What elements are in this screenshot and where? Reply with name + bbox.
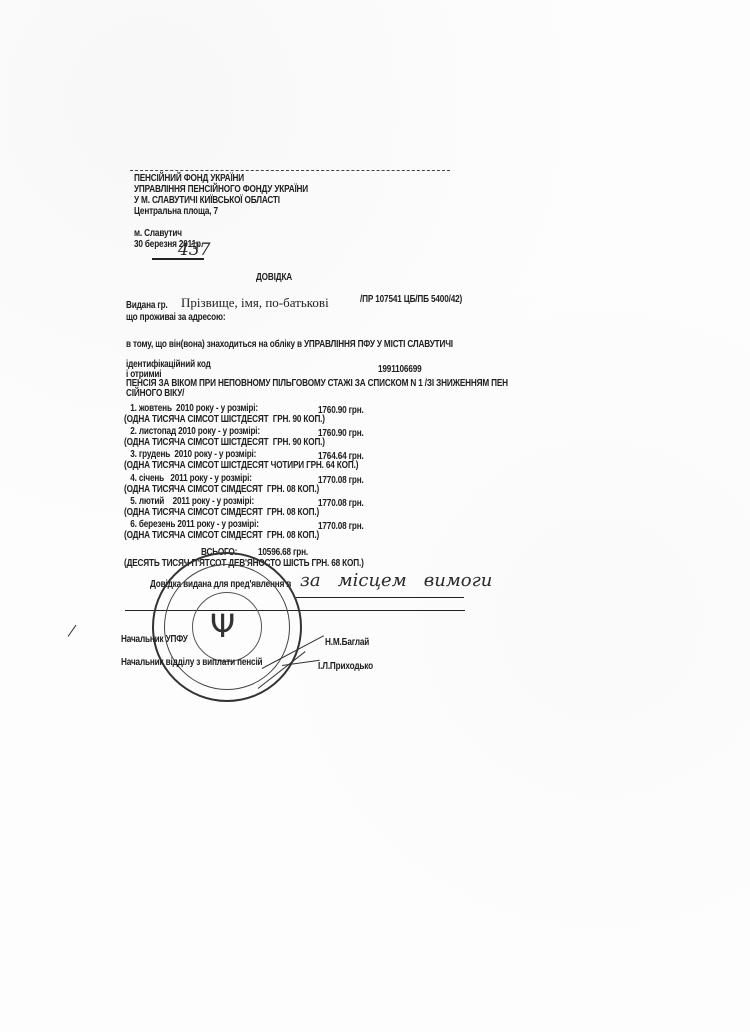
trident-emblem-icon: Ψ <box>210 607 235 645</box>
margin-mark <box>68 625 77 637</box>
dept-head-label: Начальник відділу з виплати пенсій <box>121 657 262 668</box>
address-label: що проживаі за адресою: <box>126 312 225 323</box>
payment-amount-words: (ОДНА ТИСЯЧА СІМСОТ СІМДЕСЯТ ГРН. 08 КОП… <box>124 484 319 495</box>
payment-amount-words: (ОДНА ТИСЯЧА СІМСОТ СІМДЕСЯТ ГРН. 08 КОП… <box>124 530 319 541</box>
document-title: ДОВІДКА <box>256 272 292 283</box>
org-line-2: УПРАВЛІННЯ ПЕНСІЙНОГО ФОНДУ УКРАЇНИ <box>134 184 308 195</box>
scan-texture <box>0 0 750 1032</box>
id-code-value: 1991106699 <box>378 364 422 375</box>
scanned-document: ПЕНСІЙНИЙ ФОНД УКРАЇНИ УПРАВЛІННЯ ПЕНСІЙ… <box>0 0 750 1032</box>
chief-name: Н.М.Баглай <box>325 637 369 648</box>
org-line-3: У М. СЛАВУТИЧІ КИЇВСЬКОЇ ОБЛАСТІ <box>134 195 280 206</box>
payment-amount: 1770.08 грн. <box>318 498 364 509</box>
payment-line: 6. березень 2011 року - у розмірі: <box>126 519 259 530</box>
payment-amount: 1770.08 грн. <box>318 521 364 532</box>
top-separator <box>130 170 450 171</box>
payment-amount-words: (ОДНА ТИСЯЧА СІМСОТ СІМДЕСЯТ ГРН. 08 КОП… <box>124 507 319 518</box>
payment-line: 3. грудень 2010 року - у розмірі: <box>126 449 256 460</box>
dept-head-name: І.Л.Приходько <box>318 661 373 672</box>
purpose-handwritten: за місцем вимоги <box>300 570 492 591</box>
payment-line: 1. жовтень 2010 року - у розмірі: <box>126 403 258 414</box>
reference-number: /ПР 107541 ЦБ/ПБ 5400/42) <box>360 294 462 305</box>
chief-label: Начальник УПФУ <box>121 634 188 645</box>
payment-line: 5. лютий 2011 року - у розмірі: <box>126 496 254 507</box>
reg-number-underline <box>152 258 204 260</box>
city: м. Славутич <box>134 228 182 239</box>
pension-type-line-2: СІЙНОГО ВІКУ/ <box>126 388 184 399</box>
issued-to-label: Видана гр. <box>126 300 168 311</box>
registration-statement: в тому, що він(вона) знаходиться на облі… <box>126 339 453 350</box>
payment-amount-words: (ОДНА ТИСЯЧА СІМСОТ ШІСТДЕСЯТ ГРН. 90 КО… <box>124 414 325 425</box>
recipient-name: Прізвище, імя, по-батькові <box>181 295 329 311</box>
org-address: Центральна площа, 7 <box>134 206 218 217</box>
org-line-1: ПЕНСІЙНИЙ ФОНД УКРАЇНИ <box>134 173 244 184</box>
purpose-underline <box>296 597 464 598</box>
registration-number: 437 <box>178 240 210 260</box>
payment-line: 4. січень 2011 року - у розмірі: <box>126 473 252 484</box>
payment-amount: 1770.08 грн. <box>318 475 364 486</box>
payment-amount-words: (ОДНА ТИСЯЧА СІМСОТ ШІСТДЕСЯТ ГРН. 90 КО… <box>124 437 325 448</box>
payment-amount-words: (ОДНА ТИСЯЧА СІМСОТ ШІСТДЕСЯТ ЧОТИРИ ГРН… <box>124 460 358 471</box>
total-amount: 10596.68 грн. <box>258 547 308 558</box>
payment-line: 2. листопад 2010 року - у розмірі: <box>126 426 260 437</box>
